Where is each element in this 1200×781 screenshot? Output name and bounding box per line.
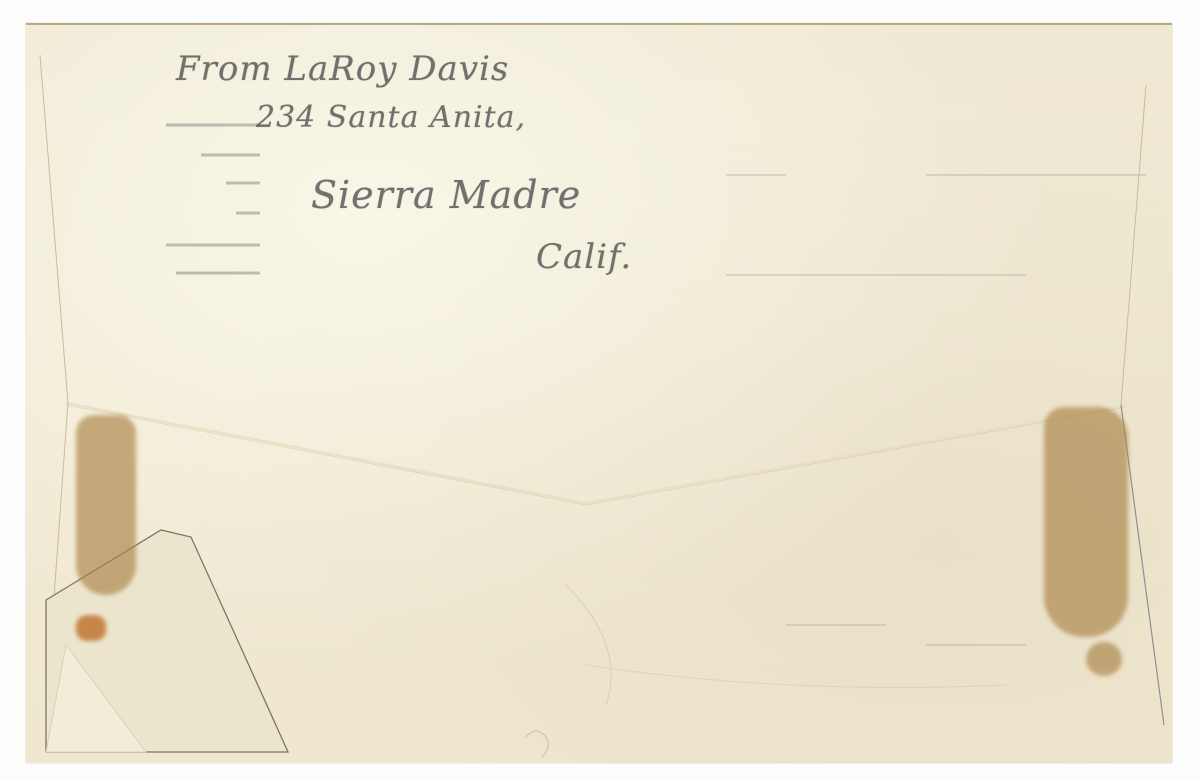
return-address: From LaRoy Davis 234 Santa Anita, Sierra… — [26, 25, 1172, 763]
envelope-back: From LaRoy Davis 234 Santa Anita, Sierra… — [26, 23, 1172, 763]
return-address-state: Calif. — [536, 237, 632, 277]
return-address-from: From LaRoy Davis — [176, 49, 509, 89]
return-address-city: Sierra Madre — [311, 173, 581, 217]
return-address-street: 234 Santa Anita, — [256, 100, 526, 135]
